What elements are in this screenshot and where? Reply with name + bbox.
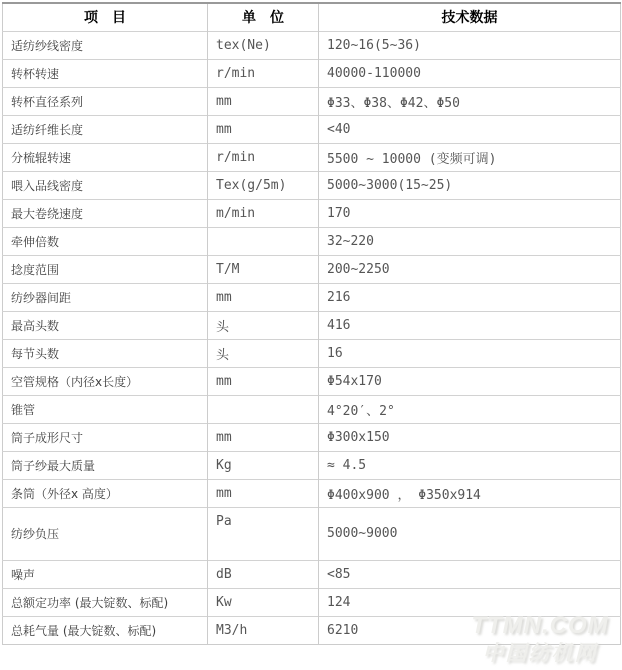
header-item: 项 目 [3,3,208,31]
item-cell: 筒子纱最大质量 [3,451,208,479]
unit-cell: mm [208,87,319,115]
spec-page: 项 目 单 位 技术数据 适纺纱线密度tex(Ne)120~16(5~36)转杯… [0,0,622,670]
unit-cell: tex(Ne) [208,31,319,59]
unit-cell: mm [208,423,319,451]
table-row: 锥管4°20′、2° [3,395,621,423]
unit-cell: mm [208,115,319,143]
unit-cell: 头 [208,339,319,367]
table-row: 最高头数头416 [3,311,621,339]
item-cell: 适纺纱线密度 [3,31,208,59]
unit-cell [208,227,319,255]
item-cell: 最高头数 [3,311,208,339]
value-cell: 216 [319,283,621,311]
table-row: 适纺纤维长度mm<40 [3,115,621,143]
item-cell: 最大卷绕速度 [3,199,208,227]
value-cell: Φ400x900 ， Φ350x914 [319,479,621,507]
unit-cell: 头 [208,311,319,339]
unit-cell: mm [208,367,319,395]
table-row: 筒子成形尺寸mmΦ300x150 [3,423,621,451]
unit-cell: Pa [208,507,319,560]
item-cell: 锥管 [3,395,208,423]
unit-cell: dB [208,560,319,588]
item-cell: 条筒（外径x 高度） [3,479,208,507]
table-row: 适纺纱线密度tex(Ne)120~16(5~36) [3,31,621,59]
table-row: 筒子纱最大质量Kg≈ 4.5 [3,451,621,479]
value-cell: <85 [319,560,621,588]
item-cell: 总额定功率 (最大锭数、标配) [3,588,208,616]
unit-cell [208,395,319,423]
item-cell: 每节头数 [3,339,208,367]
table-row: 空管规格（内径x长度）mmΦ54x170 [3,367,621,395]
header-row: 项 目 单 位 技术数据 [3,3,621,31]
value-cell: 5000~9000 [319,507,621,560]
item-cell: 空管规格（内径x长度） [3,367,208,395]
table-row: 牵伸倍数32~220 [3,227,621,255]
item-cell: 适纺纤维长度 [3,115,208,143]
header-tech-data: 技术数据 [319,3,621,31]
item-cell: 捻度范围 [3,255,208,283]
header-unit: 单 位 [208,3,319,31]
value-cell: 5500 ~ 10000 (变频可调) [319,143,621,171]
unit-cell: mm [208,283,319,311]
table-row: 总耗气量 (最大锭数、标配)M3/h6210 [3,616,621,644]
table-row: 条筒（外径x 高度）mmΦ400x900 ， Φ350x914 [3,479,621,507]
item-cell: 牵伸倍数 [3,227,208,255]
table-row: 转杯直径系列mmΦ33、Φ38、Φ42、Φ50 [3,87,621,115]
value-cell: 32~220 [319,227,621,255]
value-cell: 124 [319,588,621,616]
unit-cell: Tex(g/5m) [208,171,319,199]
value-cell: 416 [319,311,621,339]
value-cell: Φ54x170 [319,367,621,395]
item-cell: 总耗气量 (最大锭数、标配) [3,616,208,644]
table-row: 喂入品线密度Tex(g/5m)5000~3000(15~25) [3,171,621,199]
table-row: 纺纱器间距mm216 [3,283,621,311]
value-cell: 4°20′、2° [319,395,621,423]
value-cell: 16 [319,339,621,367]
table-row: 每节头数头16 [3,339,621,367]
table-header: 项 目 单 位 技术数据 [3,3,621,31]
table-row: 捻度范围T/M200~2250 [3,255,621,283]
item-cell: 分梳辊转速 [3,143,208,171]
value-cell: 170 [319,199,621,227]
value-cell: 5000~3000(15~25) [319,171,621,199]
value-cell: Φ300x150 [319,423,621,451]
item-cell: 转杯转速 [3,59,208,87]
table-row: 分梳辊转速r/min5500 ~ 10000 (变频可调) [3,143,621,171]
unit-cell: Kw [208,588,319,616]
item-cell: 筒子成形尺寸 [3,423,208,451]
value-cell: 40000-110000 [319,59,621,87]
value-cell: 120~16(5~36) [319,31,621,59]
table-row: 总额定功率 (最大锭数、标配)Kw124 [3,588,621,616]
unit-cell: r/min [208,59,319,87]
item-cell: 喂入品线密度 [3,171,208,199]
table-row: 纺纱负压Pa5000~9000 [3,507,621,560]
watermark-name: 中国纺机网 [460,641,620,666]
value-cell: ≈ 4.5 [319,451,621,479]
value-cell: Φ33、Φ38、Φ42、Φ50 [319,87,621,115]
value-cell: 6210 [319,616,621,644]
unit-cell: Kg [208,451,319,479]
unit-cell: mm [208,479,319,507]
unit-cell: T/M [208,255,319,283]
unit-cell: m/min [208,199,319,227]
value-cell: <40 [319,115,621,143]
table-row: 最大卷绕速度m/min170 [3,199,621,227]
value-cell: 200~2250 [319,255,621,283]
spec-table: 项 目 单 位 技术数据 适纺纱线密度tex(Ne)120~16(5~36)转杯… [2,2,621,645]
item-cell: 纺纱器间距 [3,283,208,311]
table-row: 噪声dB<85 [3,560,621,588]
item-cell: 噪声 [3,560,208,588]
table-body: 适纺纱线密度tex(Ne)120~16(5~36)转杯转速r/min40000-… [3,31,621,644]
item-cell: 纺纱负压 [3,507,208,560]
unit-cell: r/min [208,143,319,171]
item-cell: 转杯直径系列 [3,87,208,115]
table-row: 转杯转速r/min40000-110000 [3,59,621,87]
unit-cell: M3/h [208,616,319,644]
